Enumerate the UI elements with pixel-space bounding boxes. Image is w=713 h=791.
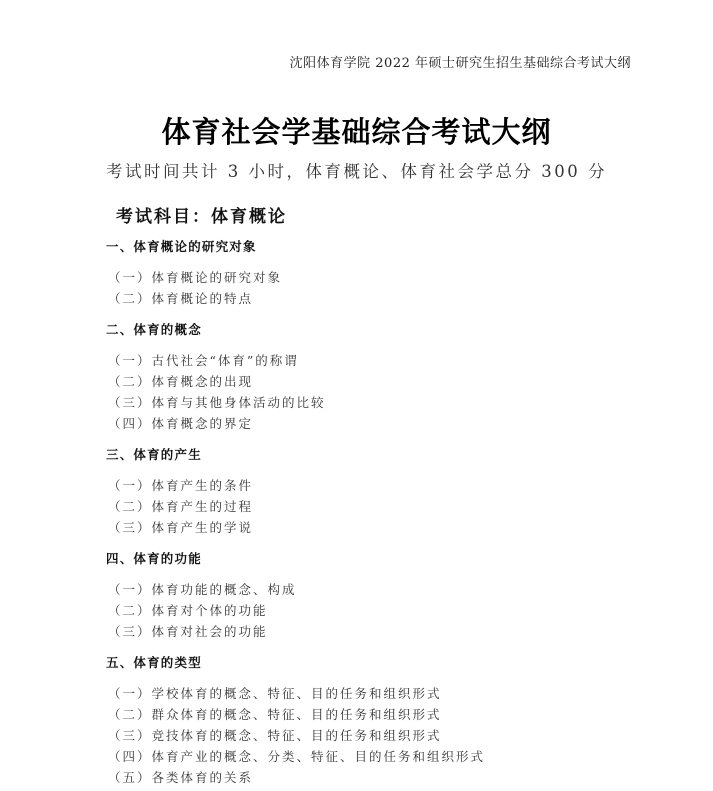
list-item: （四）体育产业的概念、分类、特征、目的任务和组织形式: [106, 746, 485, 767]
list-item: （三）体育产生的学说: [106, 517, 485, 538]
document-subtitle: 考试时间共计 3 小时，体育概论、体育社会学总分 300 分: [0, 158, 713, 182]
section-heading: 一、体育概论的研究对象: [106, 236, 485, 257]
list-item: （一）体育概论的研究对象: [106, 267, 485, 288]
list-item: （三）竞技体育的概念、特征、目的任务和组织形式: [106, 725, 485, 746]
section-heading: 四、体育的功能: [106, 548, 485, 569]
list-item: （三）体育对社会的功能: [106, 621, 485, 642]
list-item: （一）古代社会“体育”的称谓: [106, 350, 485, 371]
list-item: （三）体育与其他身体活动的比较: [106, 392, 485, 413]
section-5: 五、体育的类型 （一）学校体育的概念、特征、目的任务和组织形式 （二）群众体育的…: [106, 652, 485, 788]
list-item: （二）群众体育的概念、特征、目的任务和组织形式: [106, 704, 485, 725]
section-2: 二、体育的概念 （一）古代社会“体育”的称谓 （二）体育概念的出现 （三）体育与…: [106, 319, 485, 434]
list-item: （一）体育产生的条件: [106, 475, 485, 496]
page-header: 沈阳体育学院 2022 年硕士研究生招生基础综合考试大纲: [290, 52, 631, 71]
section-1: 一、体育概论的研究对象 （一）体育概论的研究对象 （二）体育概论的特点: [106, 236, 485, 309]
list-item: （五）各类体育的关系: [106, 767, 485, 788]
list-item: （二）体育概念的出现: [106, 371, 485, 392]
section-heading: 三、体育的产生: [106, 444, 485, 465]
document-title: 体育社会学基础综合考试大纲: [0, 110, 713, 151]
list-item: （一）体育功能的概念、构成: [106, 579, 485, 600]
exam-subject: 考试科目：体育概论: [116, 202, 287, 227]
section-4: 四、体育的功能 （一）体育功能的概念、构成 （二）体育对个体的功能 （三）体育对…: [106, 548, 485, 642]
section-3: 三、体育的产生 （一）体育产生的条件 （二）体育产生的过程 （三）体育产生的学说: [106, 444, 485, 538]
section-heading: 二、体育的概念: [106, 319, 485, 340]
section-heading: 五、体育的类型: [106, 652, 485, 673]
list-item: （四）体育概念的界定: [106, 413, 485, 434]
list-item: （二）体育概论的特点: [106, 288, 485, 309]
list-item: （二）体育产生的过程: [106, 496, 485, 517]
list-item: （二）体育对个体的功能: [106, 600, 485, 621]
list-item: （一）学校体育的概念、特征、目的任务和组织形式: [106, 683, 485, 704]
outline-sections: 一、体育概论的研究对象 （一）体育概论的研究对象 （二）体育概论的特点 二、体育…: [106, 236, 485, 791]
